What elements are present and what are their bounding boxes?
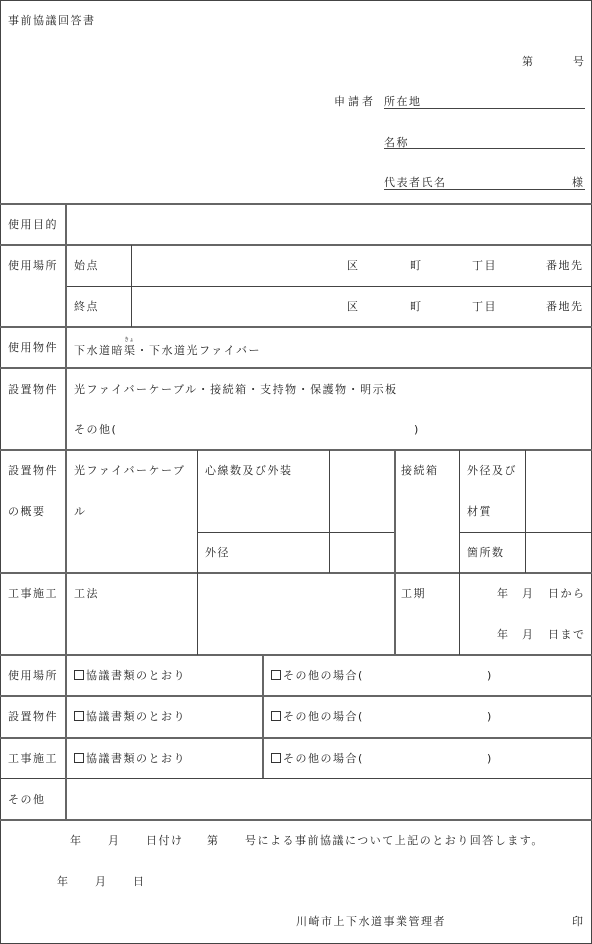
answer-other-close: ) <box>487 753 493 765</box>
core-count-label: 心線数及び外装 <box>205 465 293 477</box>
start-machi: 町 <box>410 260 423 272</box>
used-property-label: 使用物件 <box>8 342 58 354</box>
number-dai: 第 <box>522 56 535 68</box>
start-point-label: 始点 <box>74 260 99 272</box>
address-field[interactable] <box>384 108 585 109</box>
end-machi: 町 <box>410 301 423 313</box>
start-banchi: 番地先 <box>546 260 584 272</box>
checkbox[interactable] <box>74 670 84 680</box>
method-label: 工法 <box>74 588 99 600</box>
location-label: 使用場所 <box>8 260 58 272</box>
seal: 印 <box>572 916 585 928</box>
installed-other-close: ) <box>414 424 420 436</box>
statement: 号による事前協議について上記のとおり回答します。 <box>245 835 544 847</box>
installed-other-open: その他( <box>74 424 117 436</box>
answer-other-close: ) <box>487 670 493 682</box>
answer-option-other[interactable]: その他の場合( <box>271 670 364 682</box>
ref-day: 日付け <box>146 835 184 847</box>
issuer: 川崎市上下水道事業管理者 <box>296 916 446 928</box>
answer-option-other[interactable]: その他の場合( <box>271 711 364 723</box>
representative-label: 代表者氏名 <box>384 177 447 189</box>
answer-label-location: 使用場所 <box>8 670 58 682</box>
junction-box-label: 接続箱 <box>401 465 439 477</box>
ref-month: 月 <box>108 835 121 847</box>
applicant-label: 申請者 <box>334 96 376 108</box>
overview-label-line1: 設置物件 <box>8 465 58 477</box>
ruby-text: きょ <box>124 337 134 343</box>
ref-year: 年 <box>70 835 83 847</box>
answer-option-as-documented[interactable]: 協議書類のとおり <box>74 711 186 723</box>
ref-dai: 第 <box>207 835 220 847</box>
answer-option-as-documented[interactable]: 協議書類のとおり <box>74 753 186 765</box>
cable-label-line2: ル <box>74 506 87 518</box>
purpose-label: 使用目的 <box>8 219 58 231</box>
start-ku: 区 <box>347 260 360 272</box>
name-field[interactable] <box>384 148 585 149</box>
date-day: 日 <box>133 876 146 888</box>
diameter-material-line1: 外径及び <box>467 465 517 477</box>
date-year: 年 <box>57 876 70 888</box>
answer-option-as-documented[interactable]: 協議書類のとおり <box>74 670 186 682</box>
to-month: 月 <box>522 629 535 641</box>
other-field[interactable] <box>68 780 588 818</box>
cable-label-line1: 光ファイバーケーブ <box>74 465 186 477</box>
to-year: 年 <box>497 629 510 641</box>
checkbox[interactable] <box>271 670 281 680</box>
checkbox[interactable] <box>74 753 84 763</box>
date-month: 月 <box>95 876 108 888</box>
period-label: 工期 <box>401 588 426 600</box>
installed-property-label: 設置物件 <box>8 384 58 396</box>
diameter-material-line2: 材質 <box>467 506 492 518</box>
honorific: 様 <box>572 177 585 189</box>
used-property-value: 下水道暗きょ渠・下水道光ファイバー <box>74 345 261 357</box>
end-point-label: 終点 <box>74 301 99 313</box>
from-day: 日から <box>548 588 586 600</box>
location-count-label: 箇所数 <box>467 547 505 559</box>
other-label: その他 <box>8 794 46 806</box>
from-year: 年 <box>497 588 510 600</box>
to-day: 日まで <box>548 629 586 641</box>
checkbox[interactable] <box>271 711 281 721</box>
overview-label-line2: の概要 <box>8 506 46 518</box>
answer-label-construction: 工事施工 <box>8 753 58 765</box>
end-banchi: 番地先 <box>546 301 584 313</box>
from-month: 月 <box>522 588 535 600</box>
checkbox[interactable] <box>271 753 281 763</box>
end-ku: 区 <box>347 301 360 313</box>
outer-diameter-label: 外径 <box>205 547 230 559</box>
answer-option-other[interactable]: その他の場合( <box>271 753 364 765</box>
installed-property-list: 光ファイバーケーブル・接続箱・支持物・保護物・明示板 <box>74 384 398 396</box>
answer-label-installed: 設置物件 <box>8 711 58 723</box>
number-go: 号 <box>573 56 586 68</box>
document-title: 事前協議回答書 <box>8 15 96 27</box>
address-label: 所在地 <box>384 96 422 108</box>
purpose-field[interactable] <box>68 206 588 243</box>
checkbox[interactable] <box>74 711 84 721</box>
representative-field[interactable] <box>384 189 585 190</box>
answer-other-close: ) <box>487 711 493 723</box>
start-chome: 丁目 <box>472 260 497 272</box>
end-chome: 丁目 <box>472 301 497 313</box>
construction-label: 工事施工 <box>8 588 58 600</box>
